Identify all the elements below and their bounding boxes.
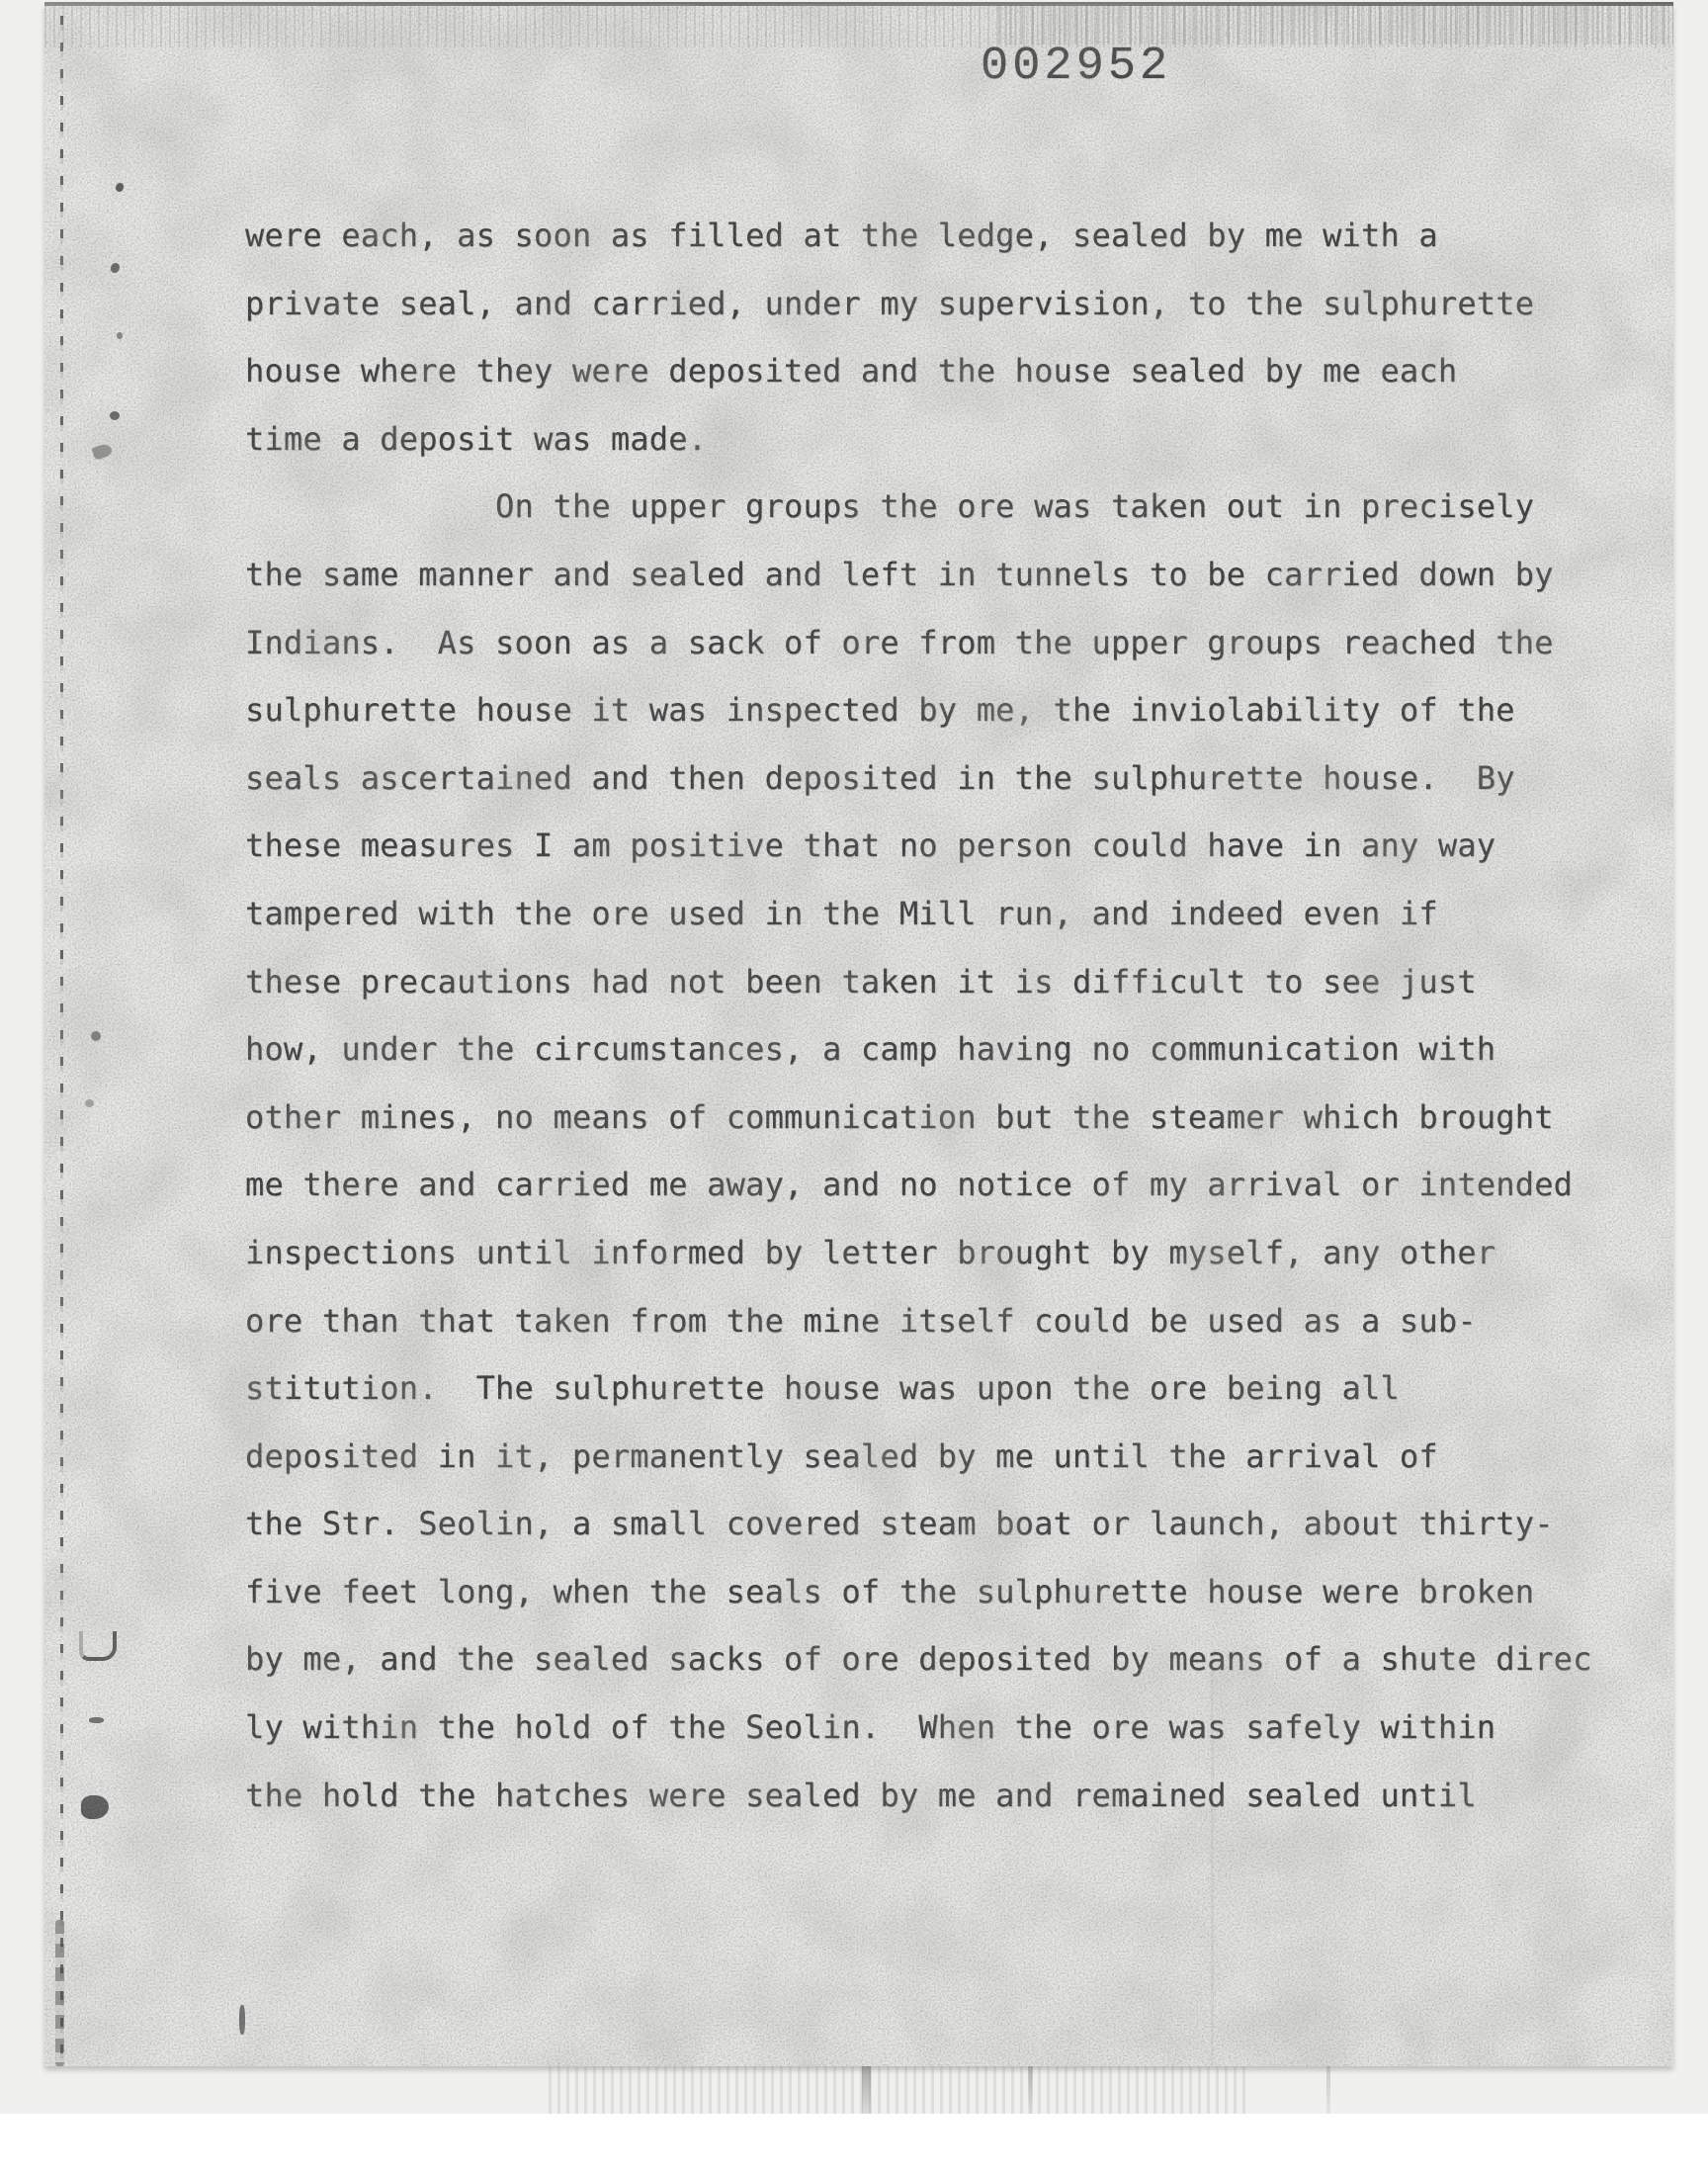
scanner-bottom-streaks: [549, 2066, 1245, 2116]
stamp-number: 002952: [981, 43, 1171, 90]
margin-speck: [91, 1031, 101, 1041]
binding-edge-line: [60, 16, 63, 2058]
margin-speck: [85, 1099, 94, 1107]
scanner-top-streaks-right: [998, 5, 1673, 44]
bottom-margin: [0, 2114, 1708, 2175]
margin-u-mark: [79, 1631, 117, 1661]
binding-edge-smudge: [55, 1920, 64, 2066]
bottom-speck: [239, 2005, 245, 2035]
margin-speck: [117, 332, 123, 339]
scanned-document: were each, as soon as filled at the ledg…: [0, 0, 1708, 2175]
typewritten-text: were each, as soon as filled at the ledg…: [245, 202, 1592, 1829]
margin-speck: [110, 411, 120, 420]
margin-dash: [89, 1717, 104, 1723]
